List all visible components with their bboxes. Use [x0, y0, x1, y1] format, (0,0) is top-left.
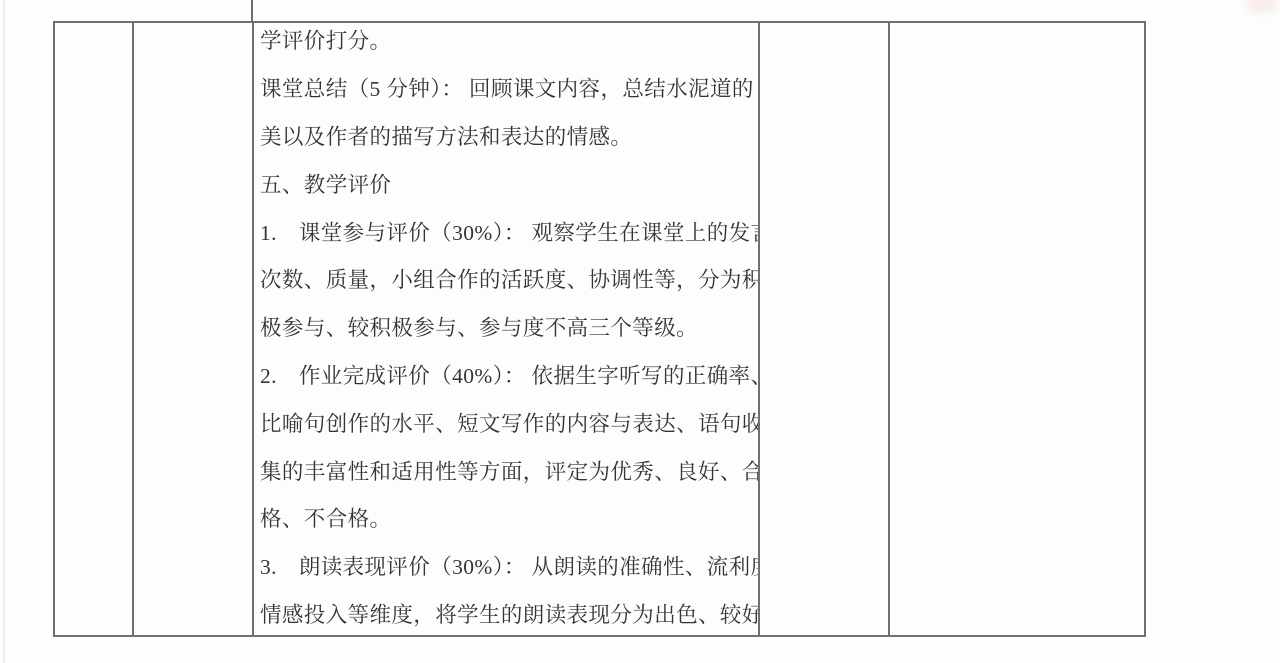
table-cell-teaching-content: 学评价打分。 课堂总结（5 分钟）： 回顾课文内容，总结水泥道的 美以及作者的描… — [254, 23, 758, 635]
table-cell-empty-2 — [134, 23, 252, 635]
content-text-line: 情感投入等维度，将学生的朗读表现分为出色、较好、 — [260, 604, 754, 628]
table-cell-empty-3 — [760, 23, 888, 635]
content-text-line: 2. 作业完成评价（40%）： 依据生字听写的正确率、 — [260, 365, 754, 389]
scan-corner-smudge — [1247, 0, 1277, 12]
content-text-line: 格、不合格。 — [260, 508, 754, 532]
scanned-document-page: { "theme": { "border_color": "#6f6f6f", … — [0, 0, 1280, 663]
content-text-line: 次数、质量，小组合作的活跃度、协调性等，分为积 — [260, 269, 754, 293]
table-cell-empty-1 — [55, 23, 132, 635]
page-left-edge — [3, 0, 5, 663]
lesson-plan-table: 学评价打分。 课堂总结（5 分钟）： 回顾课文内容，总结水泥道的 美以及作者的描… — [53, 21, 1146, 637]
table-top-border-stub — [251, 0, 253, 22]
content-text-line: 课堂总结（5 分钟）： 回顾课文内容，总结水泥道的 — [260, 78, 754, 102]
content-text-line: 集的丰富性和适用性等方面，评定为优秀、良好、合 — [260, 461, 754, 485]
content-text-line: 学评价打分。 — [260, 30, 754, 54]
content-text-line: 3. 朗读表现评价（30%）： 从朗读的准确性、流利度、 — [260, 556, 754, 580]
content-text-line: 1. 课堂参与评价（30%）： 观察学生在课堂上的发言 — [260, 222, 754, 246]
content-text-line: 极参与、较积极参与、参与度不高三个等级。 — [260, 317, 754, 341]
content-text-line: 美以及作者的描写方法和表达的情感。 — [260, 126, 754, 150]
content-text-line: 比喻句创作的水平、短文写作的内容与表达、语句收 — [260, 413, 754, 437]
table-cell-empty-4 — [890, 23, 1146, 635]
content-text-line-section-heading: 五、教学评价 — [260, 174, 754, 198]
